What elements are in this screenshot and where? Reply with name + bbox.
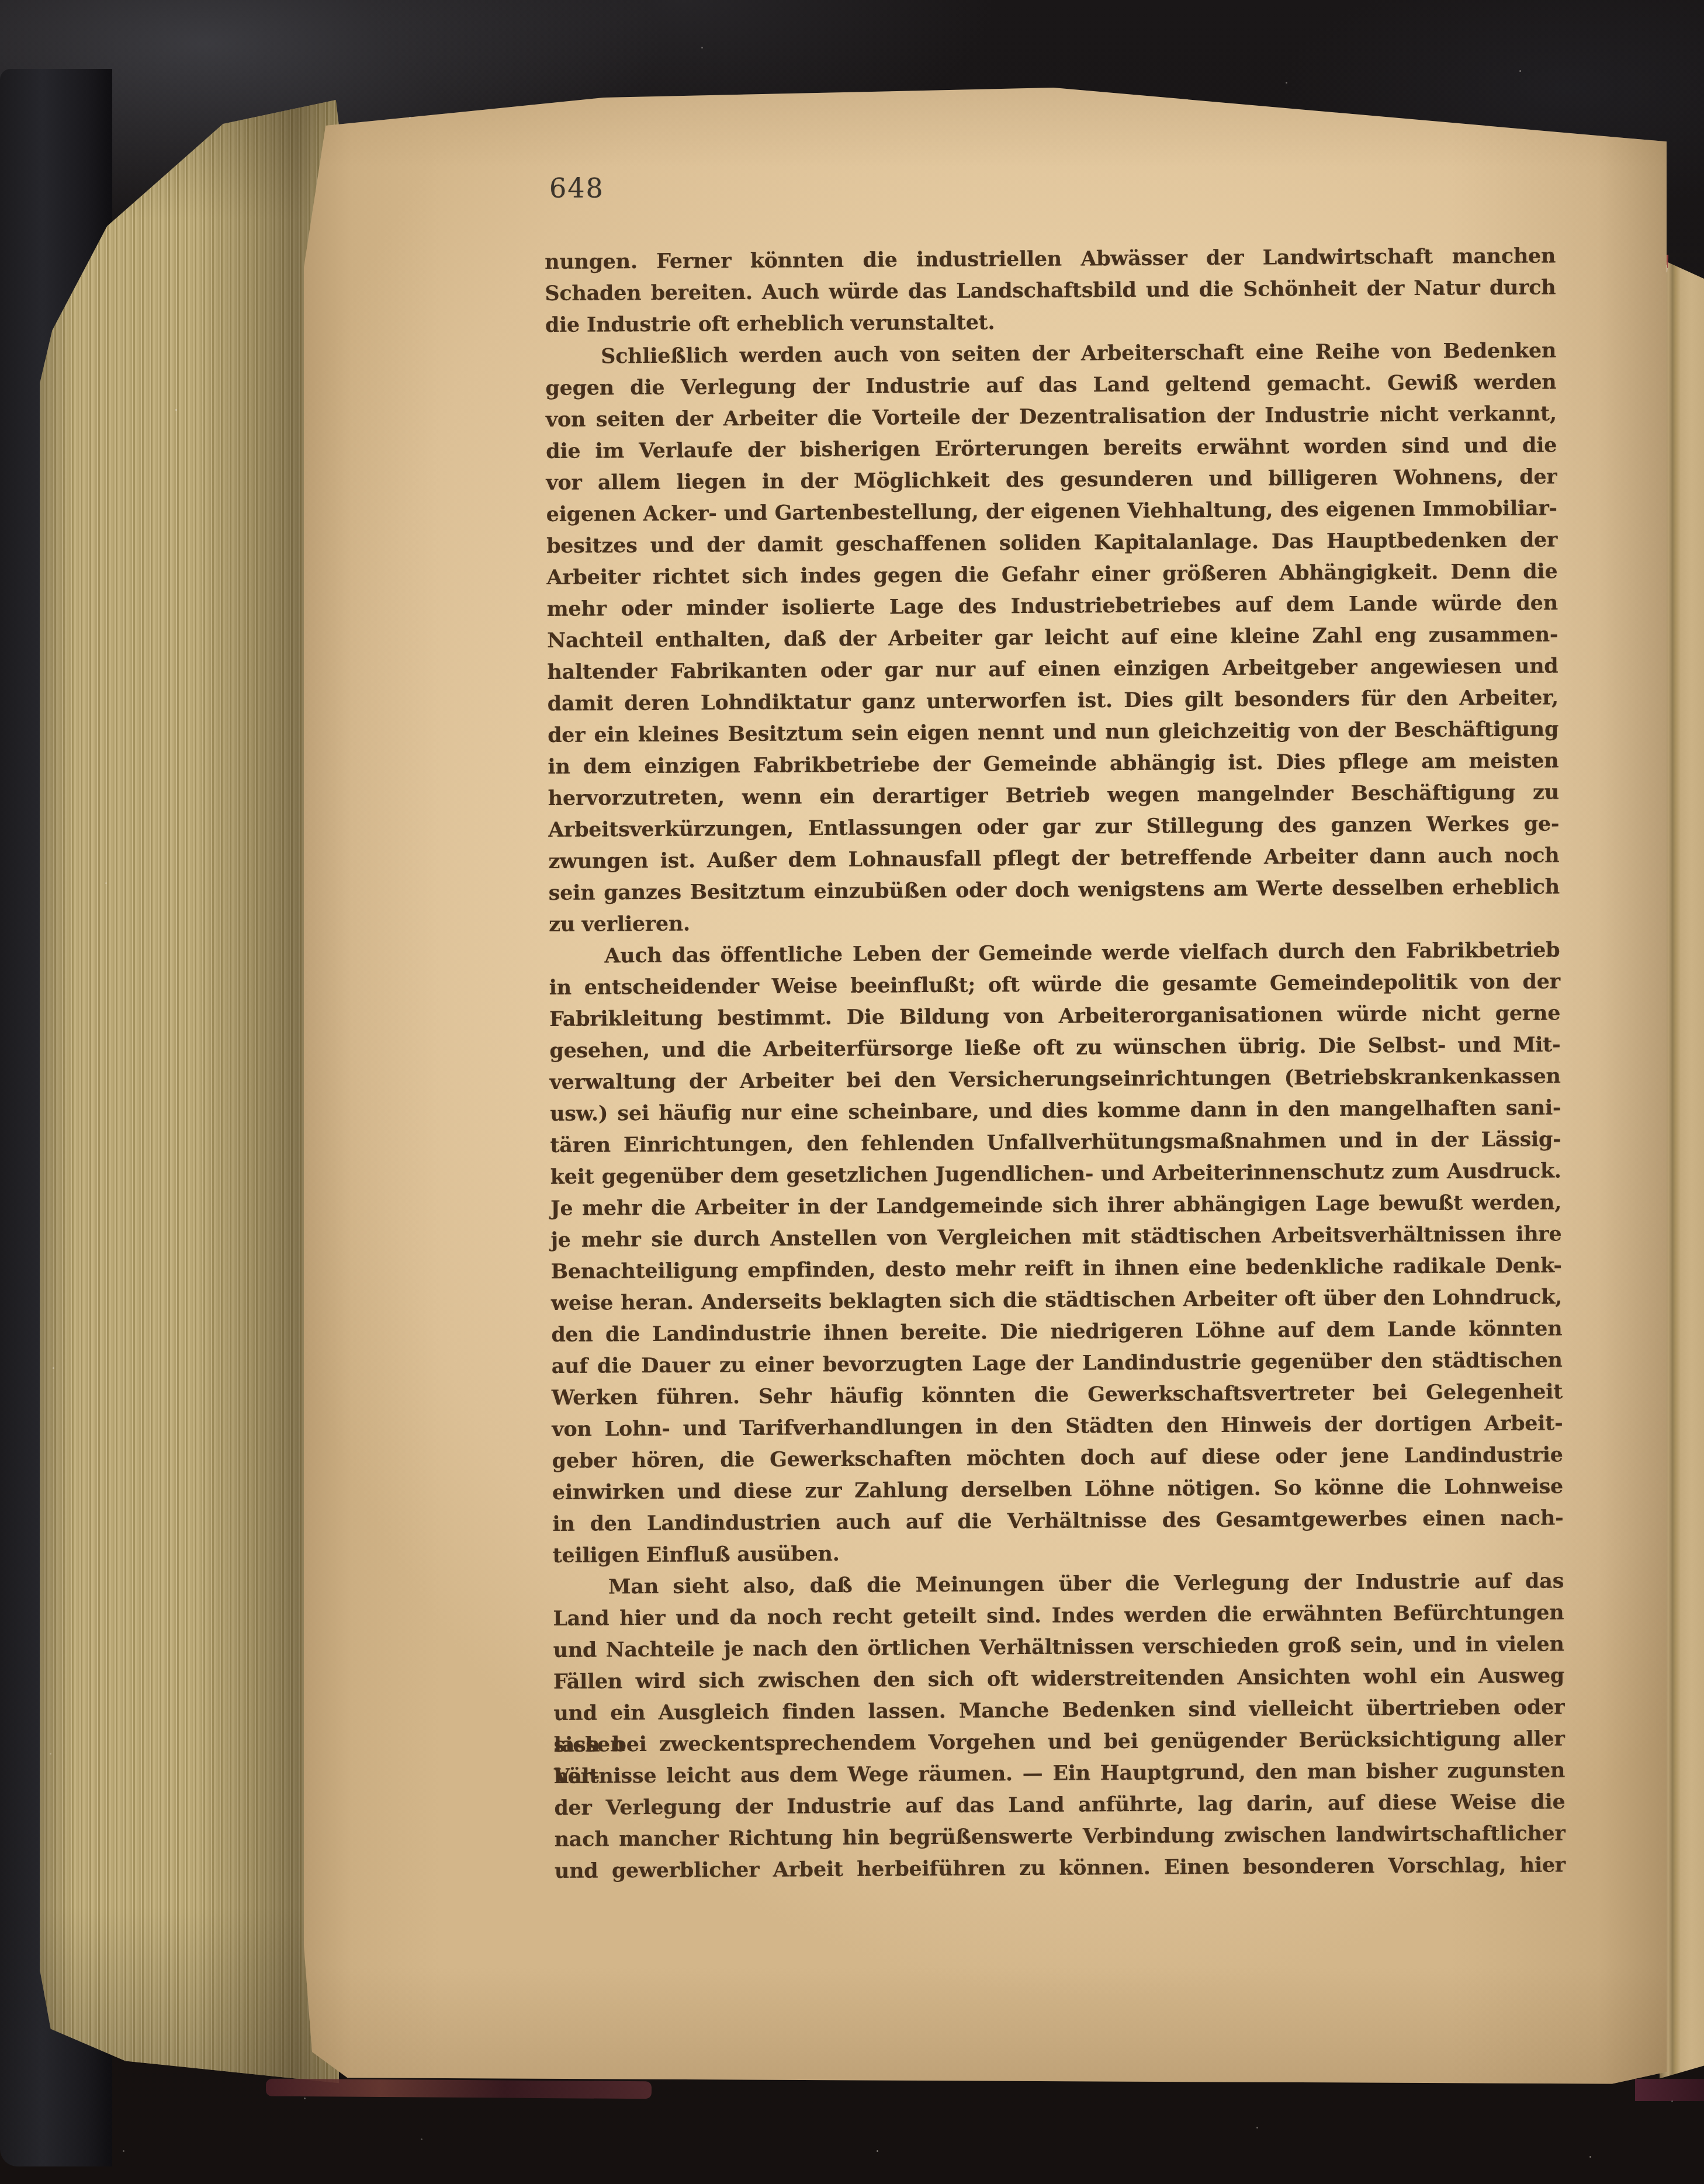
text-line: sein ganzes Besitztum einzubüßen oder do… [549,871,1560,909]
text-line: in den Landindustrien auch auf die Verhä… [552,1502,1563,1540]
text-block: nungen. Ferner könnten die industriellen… [545,240,1566,1887]
page-number: 648 [549,173,625,203]
book-photo-background: 648 nungen. Ferner könnten die industrie… [0,0,1704,2184]
cover-red-edge [1635,2079,1704,2101]
cover-red-edge [266,2079,652,2099]
fanned-page-edges [34,82,339,2087]
text-line: und gewerblicher Arbeit herbeiführen zu … [555,1849,1566,1887]
dust-specks [175,409,177,411]
text-line: Schaden bereiten. Auch würde das Landsch… [545,272,1556,310]
book-page: 648 nungen. Ferner könnten die industrie… [304,88,1667,2086]
